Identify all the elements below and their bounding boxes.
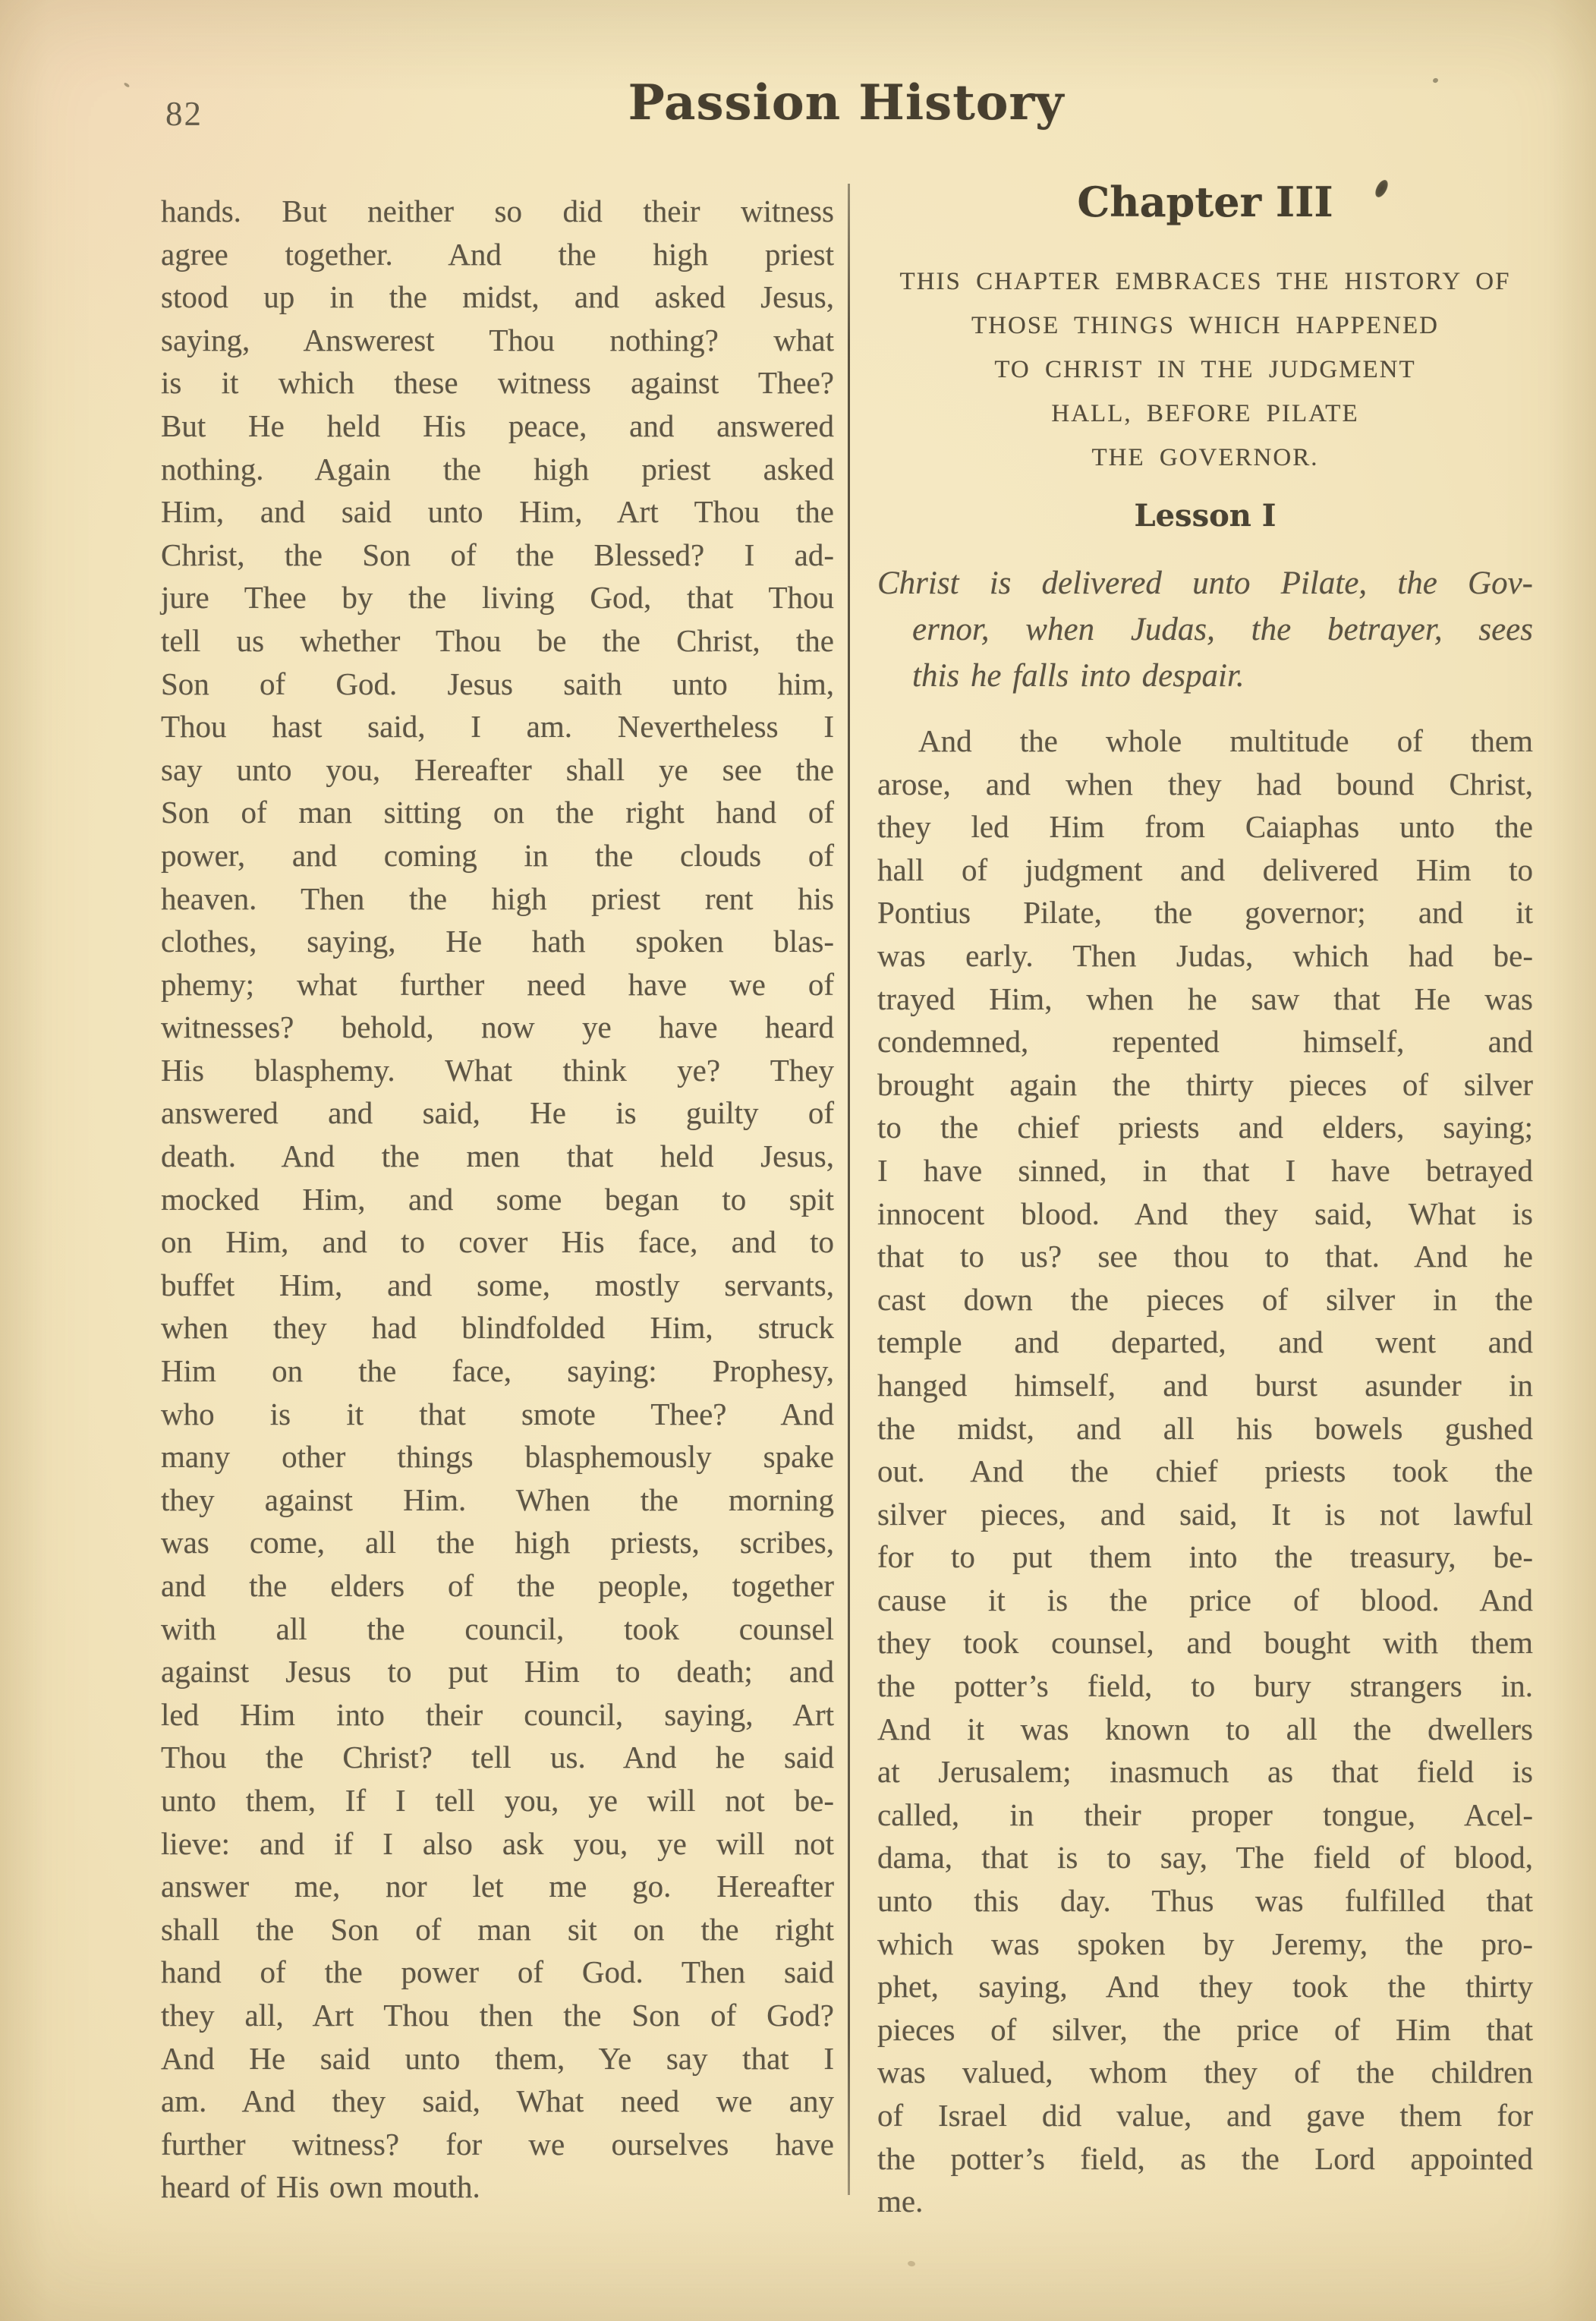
text-line: unto this day. Thus was fulfilled that [877, 1879, 1533, 1923]
text-line: temple and departed, and went and [877, 1321, 1533, 1364]
text-line: shall the Son of man sit on the right [161, 1908, 834, 1951]
text-line: brought again the thirty pieces of silve… [877, 1063, 1533, 1107]
text-line: Thou hast said, I am. Nevertheless I [161, 705, 834, 748]
text-line: hands. But neither so did their witness [161, 190, 834, 233]
text-line: of Israel did value, and gave them for [877, 2094, 1533, 2137]
text-line: hall of judgment and delivered Him to [877, 849, 1533, 892]
text-line: THE GOVERNOR. [877, 436, 1533, 480]
text-line: was valued, whom they of the children [877, 2051, 1533, 2094]
text-line: led Him into their council, saying, Art [161, 1693, 834, 1737]
text-line: phet, saying, And they took the thirty [877, 1965, 1533, 2008]
text-line: heard of His own mouth. [161, 2165, 834, 2209]
text-line: Him on the face, saying: Prophesy, [161, 1349, 834, 1393]
text-line: condemned, repented himself, and [877, 1020, 1533, 1063]
text-line: Him, and said unto Him, Art Thou the [161, 490, 834, 534]
text-line: Son of God. Jesus saith unto him, [161, 663, 834, 706]
text-line: saying, Answerest Thou nothing? what [161, 319, 834, 362]
text-line: they took counsel, and bought with them [877, 1621, 1533, 1664]
text-line: nothing. Again the high priest asked [161, 448, 834, 491]
text-line: jure Thee by the living God, that Thou [161, 576, 834, 619]
chapter-heading: Chapter III [877, 178, 1533, 226]
text-line: stood up in the midst, and asked Jesus, [161, 276, 834, 319]
text-line: HALL, BEFORE PILATE [877, 392, 1533, 436]
text-line: say unto you, Hereafter shall ye see the [161, 748, 834, 792]
text-line: innocent blood. And they said, What is [877, 1192, 1533, 1236]
text-line: me. [877, 2180, 1533, 2223]
text-line: Pontius Pilate, the governor; and it [877, 891, 1533, 934]
text-line: clothes, saying, He hath spoken blas- [161, 920, 834, 963]
text-line: witnesses? behold, now ye have heard [161, 1006, 834, 1049]
text-line: And He said unto them, Ye say that I [161, 2037, 834, 2080]
text-line: when they had blindfolded Him, struck [161, 1306, 834, 1349]
text-line: I have sinned, in that I have betrayed [877, 1149, 1533, 1192]
text-line: unto them, If I tell you, ye will not be… [161, 1779, 834, 1822]
text-line: His blasphemy. What think ye? They [161, 1049, 834, 1092]
running-title: Passion History [161, 74, 1531, 131]
text-line: Son of man sitting on the right hand of [161, 791, 834, 834]
text-line: Christ, the Son of the Blessed? I ad- [161, 534, 834, 577]
text-line: was early. Then Judas, which had be- [877, 934, 1533, 978]
text-line: the potter’s field, to bury strangers in… [877, 1664, 1533, 1708]
paper-speck [124, 82, 131, 88]
text-line: hand of the power of God. Then said [161, 1951, 834, 1994]
text-line: Thou the Christ? tell us. And he said [161, 1736, 834, 1779]
text-line: ernor, when Judas, the betrayer, sees [877, 606, 1533, 653]
text-line: silver pieces, and said, It is not lawfu… [877, 1493, 1533, 1536]
text-line: Christ is delivered unto Pilate, the Gov… [877, 560, 1533, 606]
text-line: they against Him. When the morning [161, 1479, 834, 1522]
text-line: the potter’s field, as the Lord appointe… [877, 2137, 1533, 2181]
paper-smudge [907, 2260, 915, 2267]
text-line: phemy; what further need have we of [161, 963, 834, 1006]
text-line: am. And they said, What need we any [161, 2080, 834, 2123]
text-line: death. And the men that held Jesus, [161, 1135, 834, 1178]
lesson-heading: Lesson I [877, 498, 1533, 534]
text-line: cast down the pieces of silver in the [877, 1278, 1533, 1321]
text-line: THOSE THINGS WHICH HAPPENED [877, 304, 1533, 348]
column-divider-rule [848, 184, 850, 2195]
text-line: mocked Him, and some began to spit [161, 1178, 834, 1221]
text-line: buffet Him, and some, mostly servants, [161, 1264, 834, 1307]
text-line: power, and coming in the clouds of [161, 834, 834, 877]
text-line: hanged himself, and burst asunder in [877, 1364, 1533, 1407]
text-line: that to us? see thou to that. And he [877, 1235, 1533, 1278]
text-line: TO CHRIST IN THE JUDGMENT [877, 348, 1533, 392]
lesson-summary: Christ is delivered unto Pilate, the Gov… [877, 560, 1533, 699]
text-line: trayed Him, when he saw that He was [877, 978, 1533, 1021]
text-line: And the whole multitude of them [877, 720, 1533, 763]
text-line: was come, all the high priests, scribes, [161, 1521, 834, 1564]
text-line: answered and said, He is guilty of [161, 1091, 834, 1135]
text-line: to the chief priests and elders, saying; [877, 1106, 1533, 1149]
chapter-description: THIS CHAPTER EMBRACES THE HISTORY OFTHOS… [877, 260, 1533, 480]
text-line: for to put them into the treasury, be- [877, 1535, 1533, 1579]
right-column-text: And the whole multitude of themarose, an… [877, 720, 1533, 2223]
text-line: answer me, nor let me go. Hereafter [161, 1865, 834, 1908]
text-line: at Jerusalem; inasmuch as that field is [877, 1750, 1533, 1794]
text-line: they led Him from Caiaphas unto the [877, 805, 1533, 849]
text-line: THIS CHAPTER EMBRACES THE HISTORY OF [877, 260, 1533, 304]
text-line: But He held His peace, and answered [161, 405, 834, 448]
text-line: on Him, and to cover His face, and to [161, 1220, 834, 1264]
text-line: out. And the chief priests took the [877, 1450, 1533, 1493]
text-line: agree together. And the high priest [161, 233, 834, 276]
text-line: heaven. Then the high priest rent his [161, 877, 834, 921]
text-line: lieve: and if I also ask you, ye will no… [161, 1822, 834, 1866]
text-line: dama, that is to say, The field of blood… [877, 1836, 1533, 1879]
text-line: against Jesus to put Him to death; and [161, 1650, 834, 1693]
text-line: arose, and when they had bound Christ, [877, 763, 1533, 806]
text-line: this he falls into despair. [877, 653, 1533, 699]
text-line: which was spoken by Jeremy, the pro- [877, 1923, 1533, 1966]
text-line: with all the council, took counsel [161, 1608, 834, 1651]
text-line: and the elders of the people, together [161, 1564, 834, 1608]
text-line: who is it that smote Thee? And [161, 1393, 834, 1436]
text-line: And it was known to all the dwellers [877, 1708, 1533, 1751]
text-line: many other things blasphemously spake [161, 1435, 834, 1479]
book-page: 82 Passion History hands. But neither so… [0, 0, 1596, 2321]
text-line: is it which these witness against Thee? [161, 361, 834, 405]
text-line: the midst, and all his bowels gushed [877, 1407, 1533, 1450]
text-line: pieces of silver, the price of Him that [877, 2008, 1533, 2052]
text-line: they all, Art Thou then the Son of God? [161, 1994, 834, 2037]
text-line: called, in their proper tongue, Acel- [877, 1794, 1533, 1837]
text-line: further witness? for we ourselves have [161, 2123, 834, 2166]
left-column-text: hands. But neither so did their witnessa… [161, 190, 834, 2209]
text-line: tell us whether Thou be the Christ, the [161, 619, 834, 663]
text-line: cause it is the price of blood. And [877, 1579, 1533, 1622]
